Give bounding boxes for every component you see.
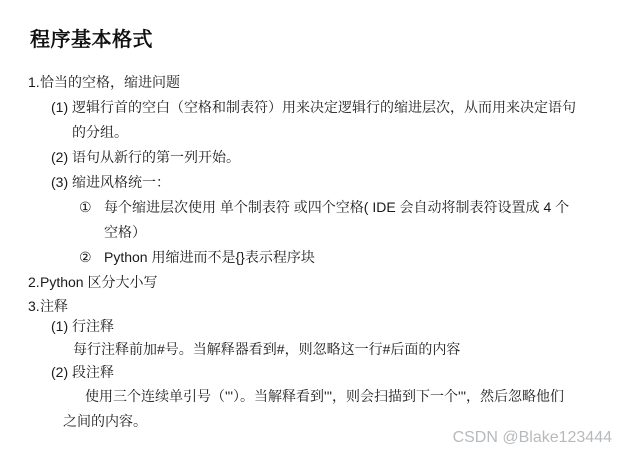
line-text: 行注释 [72,314,114,339]
csdn-watermark: CSDN @Blake123444 [453,428,612,448]
line-text: 使用三个连续单引号（'''）。当解释看到'''，则会扫描到下一个'''，然后忽略… [85,384,564,409]
line-text: 语句从新行的第一列开始。 [72,145,240,170]
wrapped-line: 的分组。 [0,120,622,145]
list-item: 1. 恰当的空格，缩进问题 [0,70,622,95]
line-text: 每行注释前加#号。当解释器看到#，则忽略这一行#后面的内容 [73,337,460,362]
line-text: 段注释 [72,360,114,385]
list-item: 2. Python 区分大小写 [0,270,622,295]
list-item: (3) 缩进风格统一： [0,170,622,195]
document-page: 程序基本格式 1. 恰当的空格，缩进问题 (1) 逻辑行首的空白（空格和制表符）… [0,0,622,462]
paragraph-line: 使用三个连续单引号（'''）。当解释看到'''，则会扫描到下一个'''，然后忽略… [0,384,622,409]
list-marker: 1. [28,70,40,95]
circled-number-marker: ② [79,245,92,270]
paragraph-line: 每行注释前加#号。当解释器看到#，则忽略这一行#后面的内容 [0,337,622,362]
list-item: (1) 行注释 [0,314,622,339]
list-marker: (2) [51,145,68,170]
line-text: 逻辑行首的空白（空格和制表符）用来决定逻辑行的缩进层次，从而用来决定语句 [72,95,576,120]
line-text: 恰当的空格，缩进问题 [40,70,180,95]
list-item: ① 每个缩进层次使用 单个制表符 或四个空格( IDE 会自动将制表符设置成 4… [0,195,622,220]
list-marker: (3) [51,170,68,195]
line-text: 的分组。 [72,120,128,145]
list-marker: (2) [51,360,68,385]
line-text: Python 用缩进而不是{}表示程序块 [104,245,315,270]
page-title: 程序基本格式 [30,25,153,55]
list-marker: (1) [51,95,68,120]
list-item: ② Python 用缩进而不是{}表示程序块 [0,245,622,270]
list-marker: (1) [51,314,68,339]
line-text: 每个缩进层次使用 单个制表符 或四个空格( IDE 会自动将制表符设置成 4 个 [104,195,569,220]
wrapped-line: 空格） [0,220,622,245]
circled-number-marker: ① [79,195,92,220]
line-text: 缩进风格统一： [72,170,170,195]
line-text: Python 区分大小写 [40,270,157,295]
list-marker: 2. [28,270,40,295]
list-item: (2) 段注释 [0,360,622,385]
list-item: (2) 语句从新行的第一列开始。 [0,145,622,170]
list-item: (1) 逻辑行首的空白（空格和制表符）用来决定逻辑行的缩进层次，从而用来决定语句 [0,95,622,120]
line-text: 之间的内容。 [63,409,147,434]
line-text: 空格） [104,220,146,245]
